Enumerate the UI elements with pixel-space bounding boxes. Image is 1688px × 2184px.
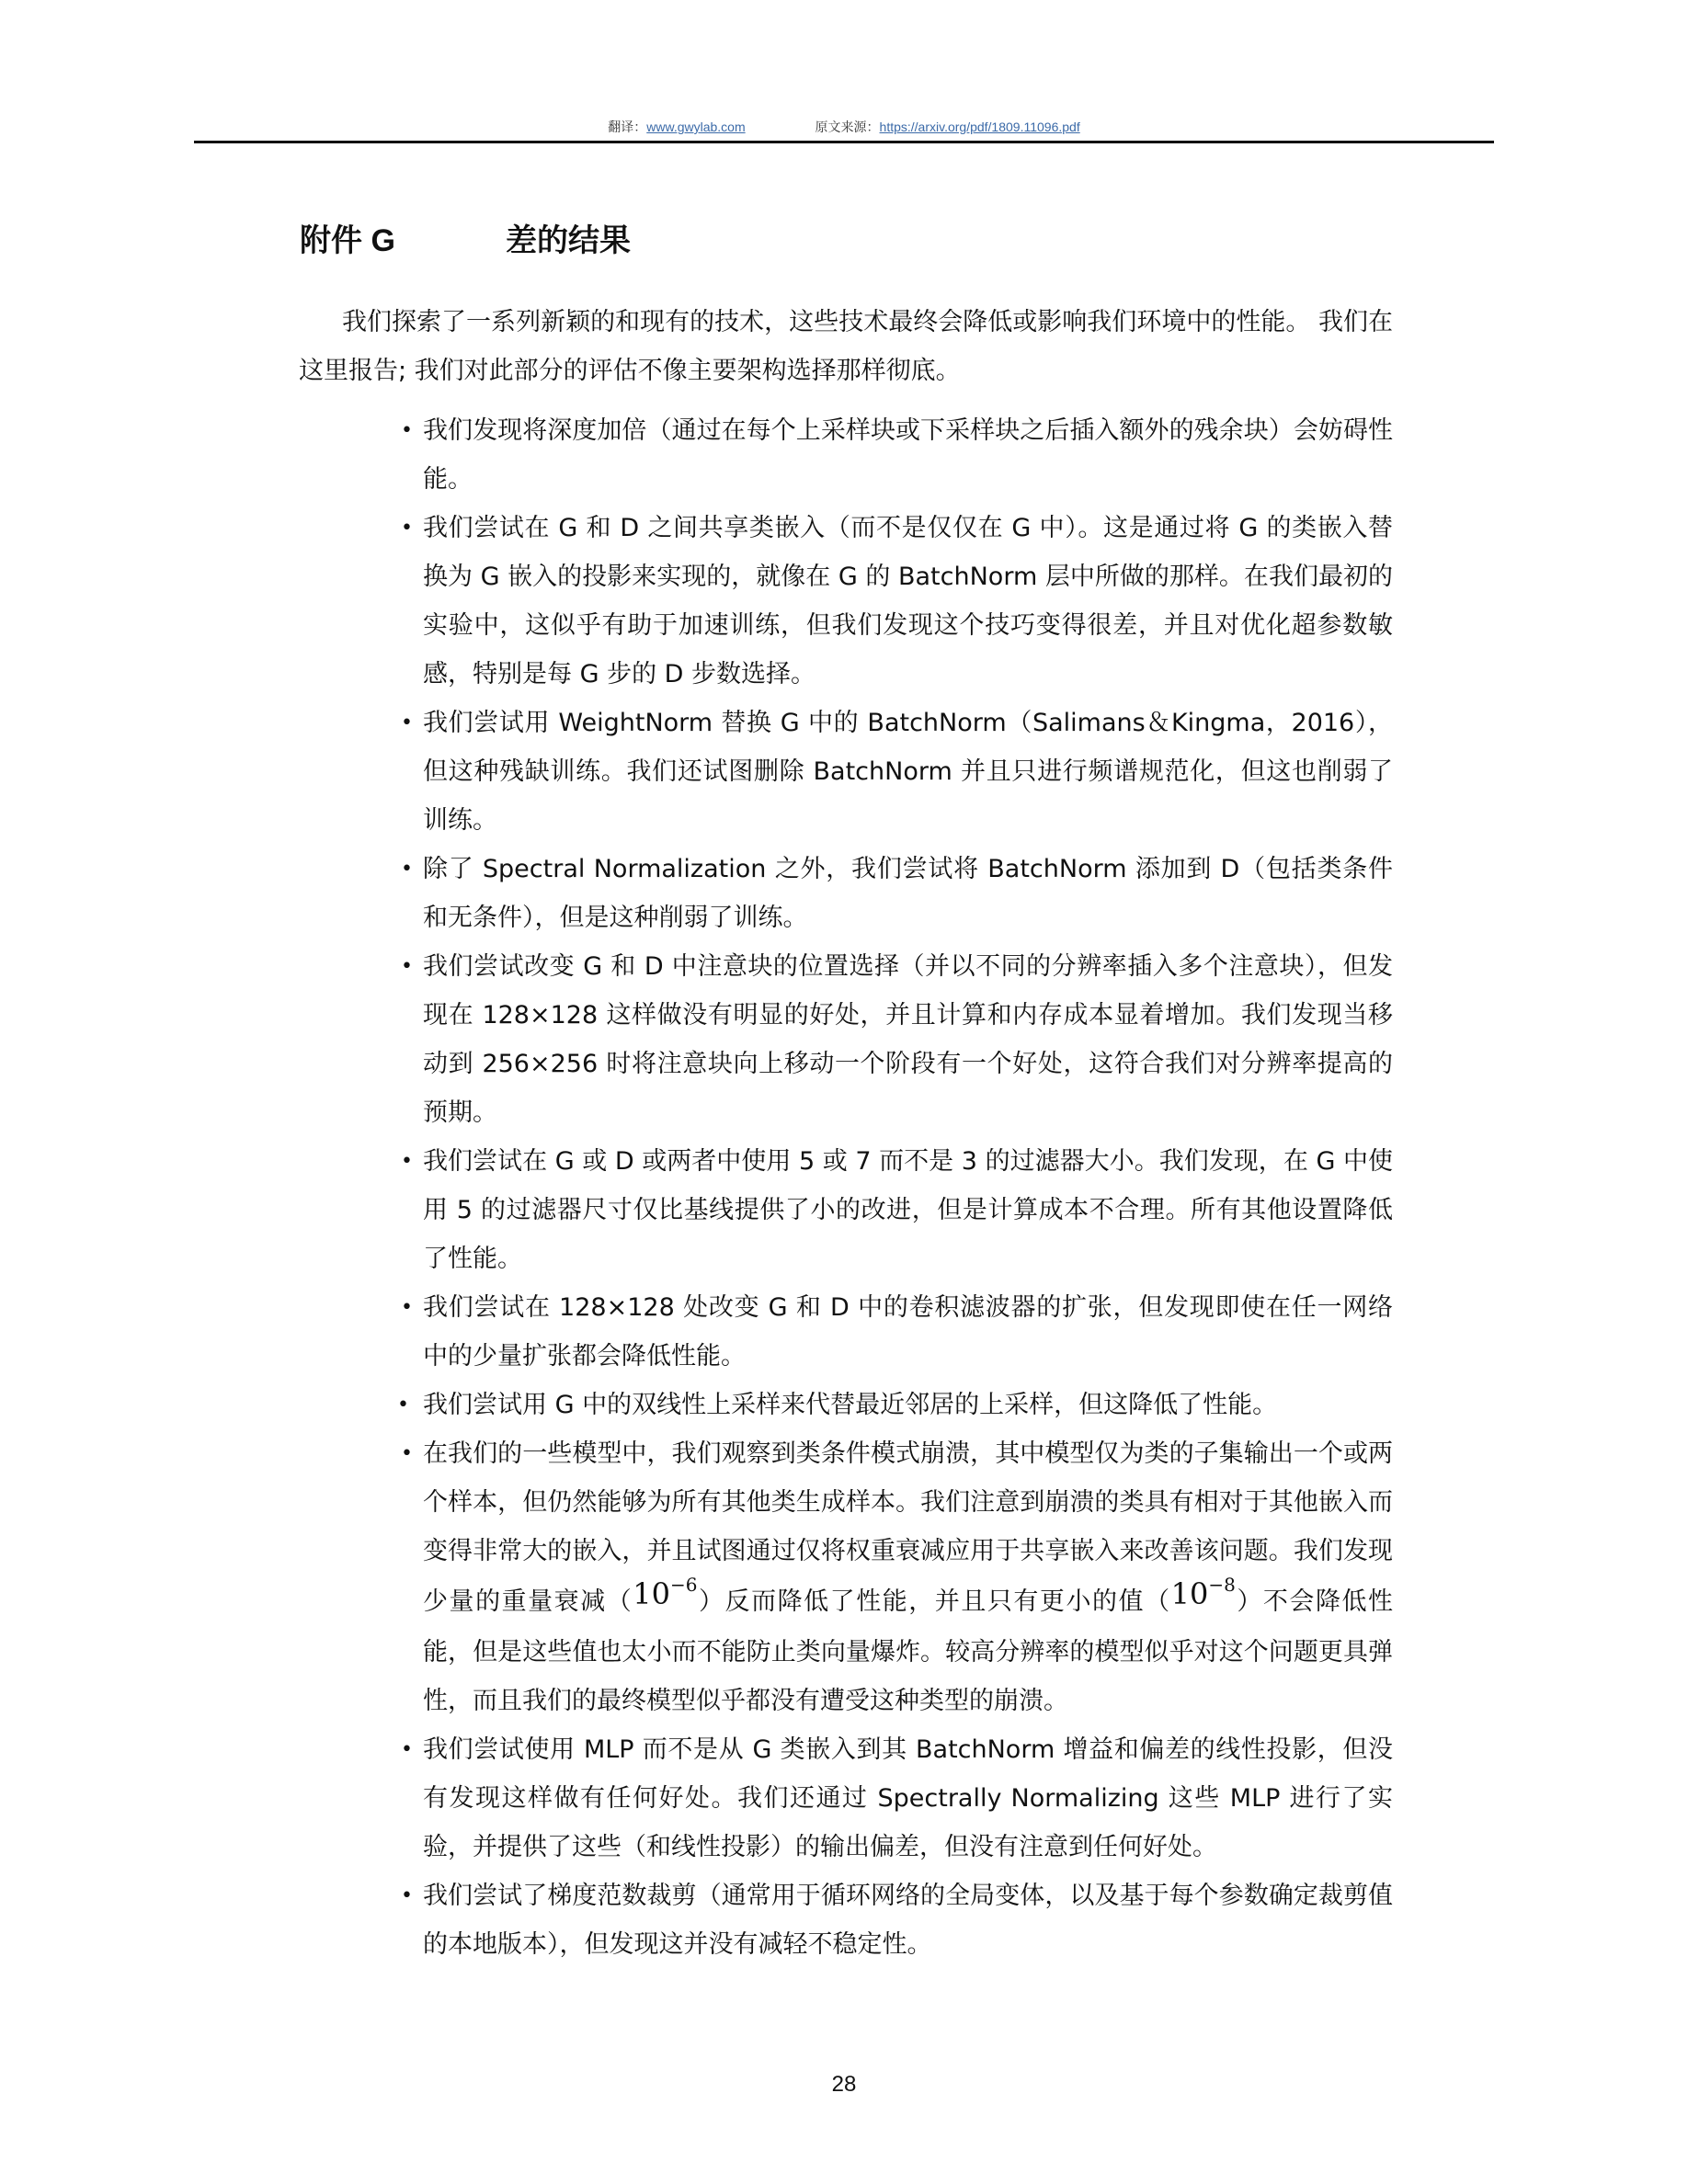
- translation-credit: 翻译：www.gwylab.com: [608, 118, 745, 136]
- list-item-text: 我们尝试改变 G 和 D 中注意块的位置选择（并以不同的分辨率插入多个注意块），…: [423, 952, 1393, 1127]
- list-item-text: 我们尝试在 G 或 D 或两者中使用 5 或 7 而不是 3 的过滤器大小。我们…: [423, 1147, 1393, 1273]
- section-number: 附件 G: [300, 222, 506, 259]
- bullet-icon: •: [401, 1137, 413, 1186]
- list-item-text: 除了 Spectral Normalization 之外，我们尝试将 Batch…: [423, 855, 1393, 932]
- section-body: 我们探索了一系列新颖的和现有的技术，这些技术最终会降低或影响我们环境中的性能。 …: [299, 298, 1393, 1969]
- source-link[interactable]: https://arxiv.org/pdf/1809.11096.pdf: [880, 119, 1080, 134]
- bullet-icon: •: [401, 406, 413, 455]
- math-weight-decay-small: 10−8: [1171, 1576, 1236, 1611]
- bullet-icon: •: [401, 699, 413, 747]
- list-item-text: 我们发现将深度加倍（通过在每个上采样块或下采样块之后插入额外的残余块）会妨碍性能…: [423, 416, 1393, 494]
- list-item-text: 我们尝试用 WeightNorm 替换 G 中的 BatchNorm（Salim…: [423, 709, 1393, 835]
- page-number: 28: [0, 2072, 1688, 2098]
- intro-paragraph: 我们探索了一系列新颖的和现有的技术，这些技术最终会降低或影响我们环境中的性能。 …: [299, 298, 1393, 395]
- section-heading: 附件 G差的结果: [300, 222, 631, 259]
- source-credit: 原文来源：https://arxiv.org/pdf/1809.11096.pd…: [815, 118, 1080, 136]
- header-divider: [194, 141, 1494, 143]
- bullet-icon: •: [401, 1429, 413, 1478]
- list-item: • 我们尝试在 G 和 D 之间共享类嵌入（而不是仅仅在 G 中）。这是通过将 …: [423, 504, 1393, 699]
- math-exponent: −8: [1208, 1574, 1235, 1596]
- list-item: • 我们尝试在 128×128 处改变 G 和 D 中的卷积滤波器的扩张，但发现…: [423, 1283, 1393, 1381]
- results-list: • 我们发现将深度加倍（通过在每个上采样块或下采样块之后插入额外的残余块）会妨碍…: [299, 406, 1393, 1969]
- bullet-icon: •: [401, 845, 413, 893]
- list-item: • 我们尝试了梯度范数裁剪（通常用于循环网络的全局变体，以及基于每个参数确定裁剪…: [423, 1871, 1393, 1969]
- list-item-text: 我们尝试用 G 中的双线性上采样来代替最近邻居的上采样，但这降低了性能。: [423, 1391, 1277, 1419]
- math-weight-decay-large: 10−6: [633, 1576, 697, 1611]
- math-exponent: −6: [670, 1574, 697, 1596]
- list-item: • 我们发现将深度加倍（通过在每个上采样块或下采样块之后插入额外的残余块）会妨碍…: [423, 406, 1393, 504]
- translation-label: 翻译：: [608, 119, 646, 134]
- section-title: 差的结果: [506, 223, 631, 258]
- bullet-icon: •: [401, 1283, 413, 1332]
- list-item-text: 我们尝试在 128×128 处改变 G 和 D 中的卷积滤波器的扩张，但发现即使…: [423, 1293, 1393, 1371]
- bullet-icon: •: [401, 1871, 413, 1920]
- list-item: • 我们尝试用 WeightNorm 替换 G 中的 BatchNorm（Sal…: [423, 699, 1393, 845]
- list-item: • 我们尝试用 G 中的双线性上采样来代替最近邻居的上采样，但这降低了性能。: [423, 1381, 1393, 1429]
- math-base: 10: [633, 1576, 670, 1611]
- bullet-icon: •: [401, 942, 413, 991]
- bullet-icon: •: [401, 504, 413, 552]
- list-item: • 我们尝试使用 MLP 而不是从 G 类嵌入到其 BatchNorm 增益和偏…: [423, 1725, 1393, 1871]
- list-item: • 除了 Spectral Normalization 之外，我们尝试将 Bat…: [423, 845, 1393, 942]
- list-item-text: 我们尝试在 G 和 D 之间共享类嵌入（而不是仅仅在 G 中）。这是通过将 G …: [423, 514, 1393, 688]
- list-item-text: ）反而降低了性能，并且只有更小的值（: [697, 1587, 1170, 1616]
- translation-link[interactable]: www.gwylab.com: [646, 119, 745, 134]
- list-item: • 在我们的一些模型中，我们观察到类条件模式崩溃，其中模型仅为类的子集输出一个或…: [423, 1429, 1393, 1725]
- page-header: 翻译：www.gwylab.com 原文来源：https://arxiv.org…: [194, 118, 1494, 142]
- bullet-icon: •: [401, 1725, 413, 1774]
- list-item: • 我们尝试改变 G 和 D 中注意块的位置选择（并以不同的分辨率插入多个注意块…: [423, 942, 1393, 1137]
- list-item-text: 我们尝试了梯度范数裁剪（通常用于循环网络的全局变体，以及基于每个参数确定裁剪值的…: [423, 1882, 1393, 1959]
- math-base: 10: [1171, 1576, 1209, 1611]
- bullet-icon: •: [397, 1381, 409, 1429]
- list-item: • 我们尝试在 G 或 D 或两者中使用 5 或 7 而不是 3 的过滤器大小。…: [423, 1137, 1393, 1283]
- source-label: 原文来源：: [815, 119, 880, 134]
- list-item-text: 我们尝试使用 MLP 而不是从 G 类嵌入到其 BatchNorm 增益和偏差的…: [423, 1735, 1393, 1861]
